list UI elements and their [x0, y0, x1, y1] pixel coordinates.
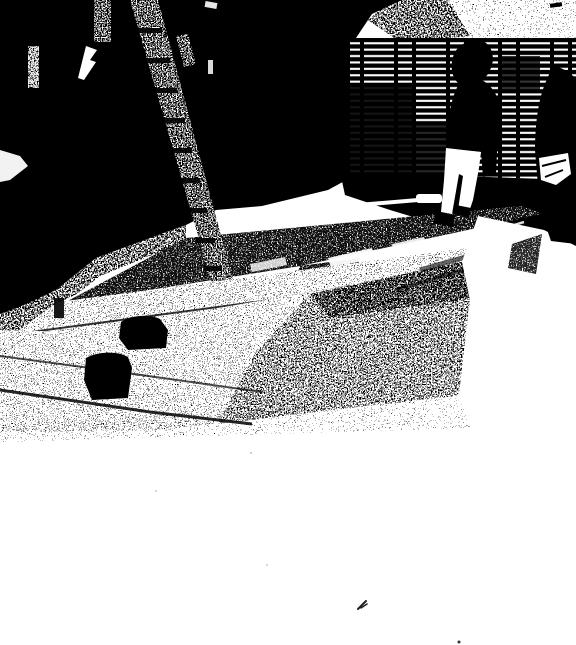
page-mark-dot [458, 641, 461, 644]
wall-blotch-3 [498, 56, 540, 90]
far-rail-highlight-3 [298, 201, 346, 206]
concrete-block-lower [84, 353, 132, 400]
ladder-rung [204, 266, 222, 271]
ladder-rung [162, 118, 185, 123]
faint-speck-2 [155, 490, 157, 492]
left-dither-strip [94, 0, 111, 42]
ladder-rung [145, 58, 170, 63]
ladder-rung [153, 88, 177, 93]
far-rail-highlight-4 [416, 194, 442, 203]
block-nub [54, 298, 64, 318]
page [0, 0, 576, 645]
halftone-photo [0, 0, 576, 645]
wall-blotch-1 [350, 84, 414, 178]
faint-speck-3 [266, 564, 268, 566]
ladder-rung [136, 28, 162, 33]
ladder-rung [179, 178, 200, 183]
ladder-rung [187, 208, 207, 213]
left-post-texture [28, 46, 39, 88]
concrete-block-upper [119, 316, 168, 350]
faint-speck-1 [250, 452, 252, 454]
ladder-rung [170, 148, 192, 153]
ladder-rung [196, 238, 215, 243]
mid-dash-highlight [208, 60, 213, 74]
